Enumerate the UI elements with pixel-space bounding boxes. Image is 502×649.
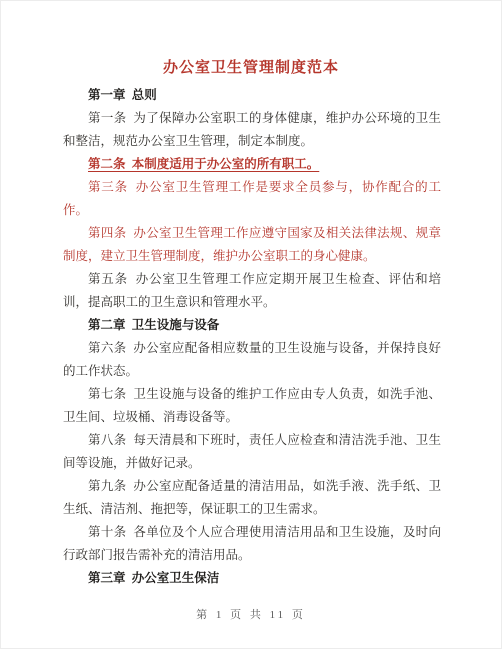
document-body: 第一章 总则第一条 为了保障办公室职工的身体健康，维护办公环境的卫生和整洁，规范… bbox=[1, 84, 501, 590]
chapter-heading: 第三章 办公室卫生保洁 bbox=[63, 567, 441, 590]
highlighted-paragraph: 第三条 办公室卫生管理工作是要求全员参与，协作配合的工作。 bbox=[63, 176, 441, 222]
document-title: 办公室卫生管理制度范本 bbox=[1, 56, 501, 77]
body-paragraph: 第六条 办公室应配备相应数量的卫生设施与设备，并保持良好的工作状态。 bbox=[63, 337, 441, 383]
body-paragraph: 第七条 卫生设施与设备的维护工作应由专人负责，如洗手池、卫生间、垃圾桶、消毒设备… bbox=[63, 383, 441, 429]
chapter-heading: 第一章 总则 bbox=[63, 84, 441, 107]
body-paragraph: 第一条 为了保障办公室职工的身体健康，维护办公环境的卫生和整洁，规范办公室卫生管… bbox=[63, 107, 441, 153]
body-paragraph: 第十条 各单位及个人应合理使用清洁用品和卫生设施，及时向行政部门报告需补充的清洁… bbox=[63, 521, 441, 567]
chapter-heading: 第二章 卫生设施与设备 bbox=[63, 314, 441, 337]
document-page: 办公室卫生管理制度范本 第一章 总则第一条 为了保障办公室职工的身体健康，维护办… bbox=[0, 0, 502, 649]
highlighted-paragraph: 第四条 办公室卫生管理工作应遵守国家及相关法律法规、规章制度，建立卫生管理制度，… bbox=[63, 222, 441, 268]
emphasized-paragraph: 第二条 本制度适用于办公室的所有职工。 bbox=[63, 153, 441, 176]
page-number-text: 第 1 页 共 11 页 bbox=[196, 609, 306, 621]
page-footer: 第 1 页 共 11 页 bbox=[1, 606, 501, 622]
body-paragraph: 第五条 办公室卫生管理工作应定期开展卫生检查、评估和培训，提高职工的卫生意识和管… bbox=[63, 268, 441, 314]
body-paragraph: 第九条 办公室应配备适量的清洁用品，如洗手液、洗手纸、卫生纸、清洁剂、拖把等，保… bbox=[63, 475, 441, 521]
body-paragraph: 第八条 每天清晨和下班时，责任人应检查和清洁洗手池、卫生间等设施，并做好记录。 bbox=[63, 429, 441, 475]
